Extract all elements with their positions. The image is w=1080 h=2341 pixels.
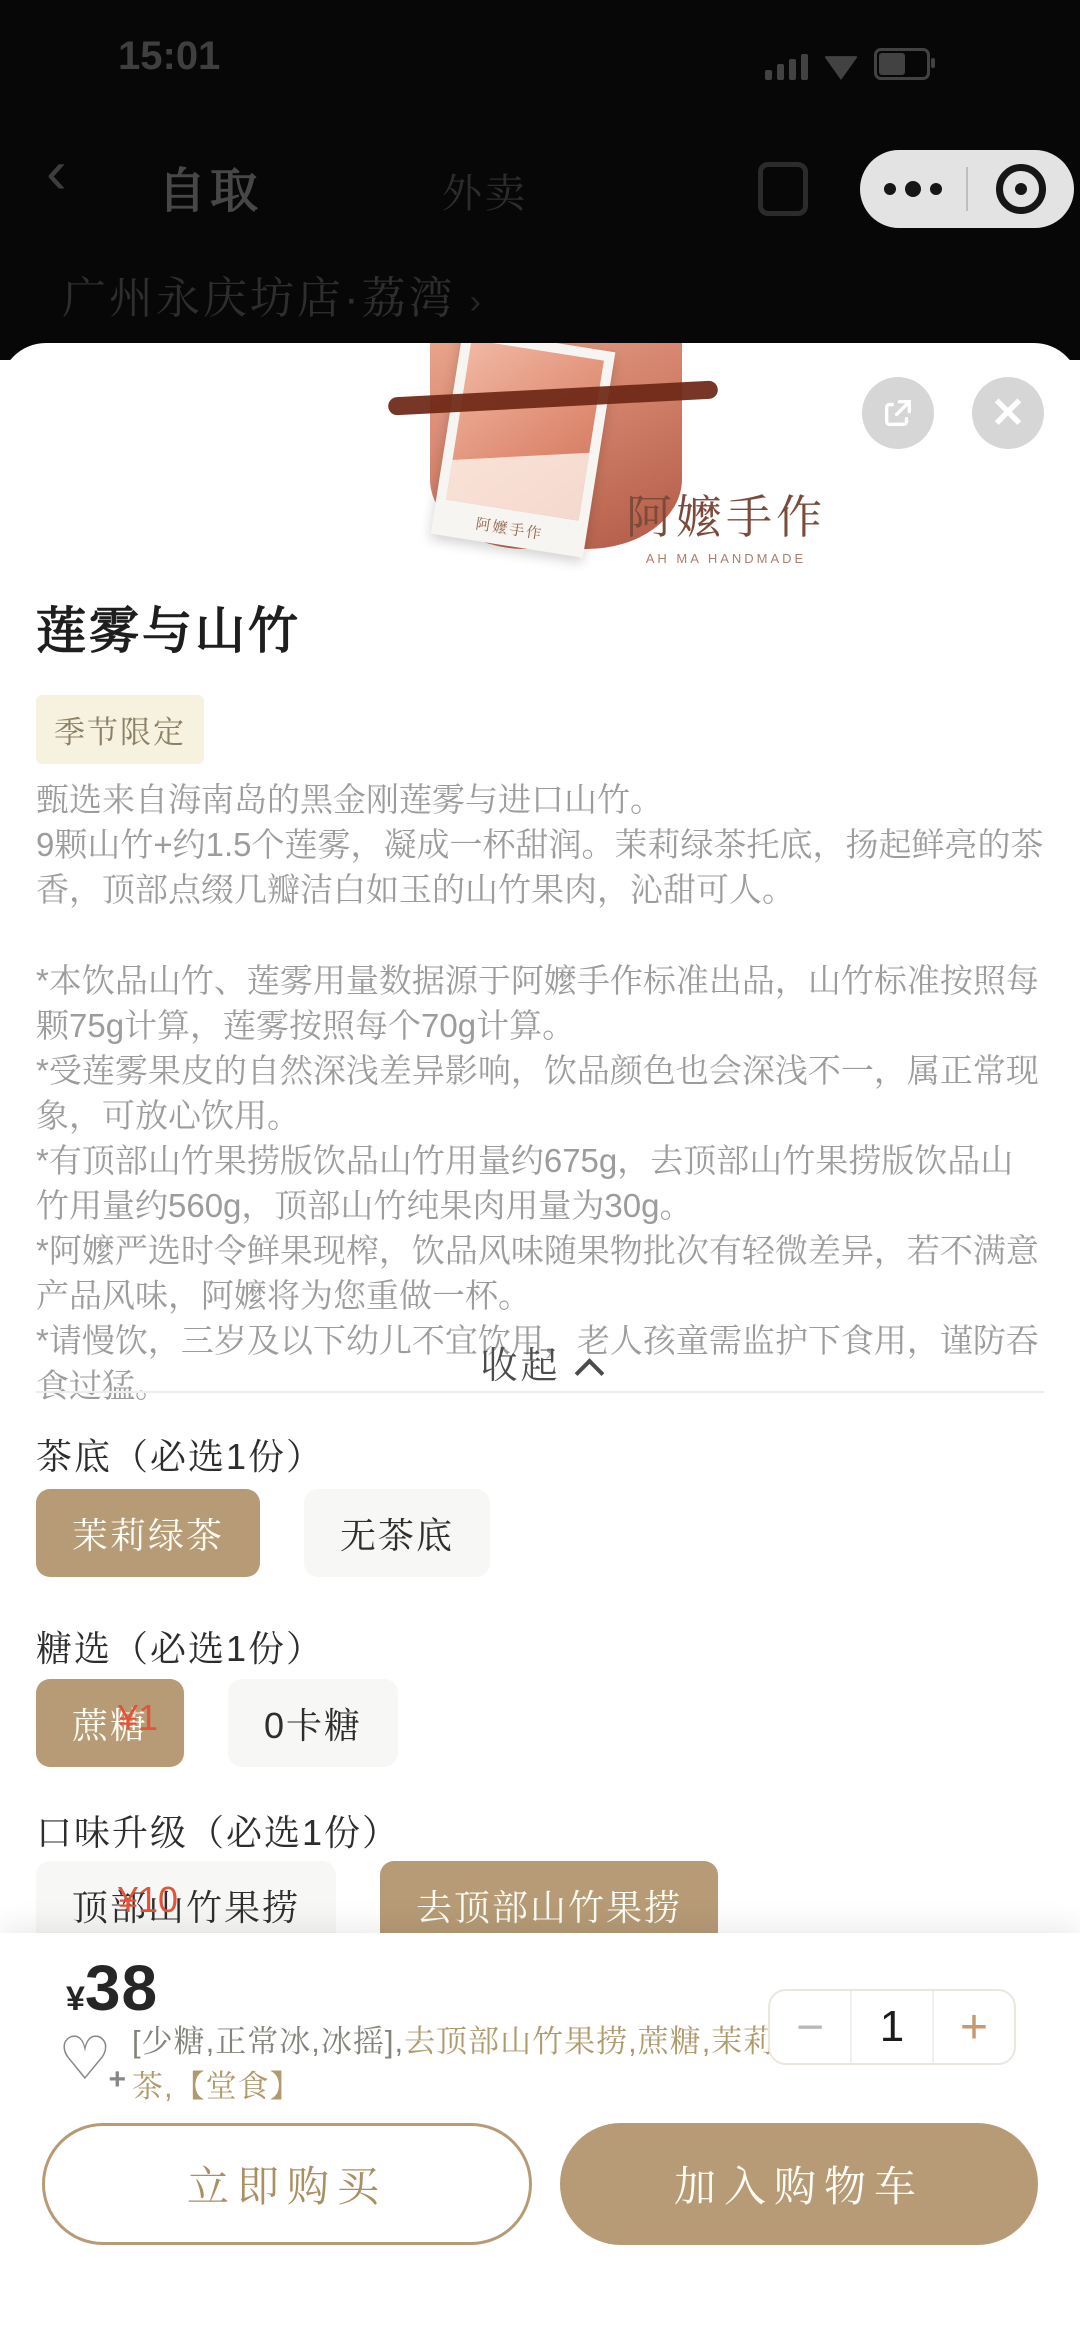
battery-icon [874,48,930,80]
choice-label: 茉莉绿茶 [72,1508,224,1559]
spec-default: [少糖,正常冰,冰摇], [132,2024,404,2059]
option-group-title: 茶底（必选1份） [36,1429,324,1480]
tab-pickup[interactable]: 自取 [158,152,262,221]
option-group-name: 茶底 [36,1436,112,1477]
signal-icon [765,54,808,80]
quantity-stepper: − 1 + [768,1989,1016,2065]
store-name: 广州永庆坊店·荔湾 [62,274,456,323]
choice-price: ¥10 [118,1879,178,1921]
mini-widget-icon [758,162,808,216]
option-group-rule: （必选1份） [188,1812,400,1853]
description-line: 9颗山竹+约1.5个莲雾，凝成一杯甜润。茉莉绿茶托底，扬起鲜亮的茶香，顶部点缀几… [36,822,1046,912]
status-time: 15:01 [118,34,220,79]
brand-subtitle: AH MA HANDMADE [626,551,826,566]
option-group-name: 糖选 [36,1628,112,1669]
chevron-right-icon: › [470,283,484,321]
choice-label: 去顶部山竹果捞 [416,1880,682,1931]
decrease-button[interactable]: − [770,1991,850,2063]
share-button[interactable] [862,377,934,449]
selected-spec: [少糖,正常冰,冰摇],去顶部山竹果捞,蔗糖,茉莉绿茶,【堂食】 [132,2019,832,2109]
ellipsis-icon [884,181,942,197]
choice-chip[interactable]: 0卡糖¥1 [228,1679,398,1767]
close-icon: ✕ [990,392,1025,434]
brand-name: 阿嬤手作 [626,481,826,547]
product-image-card: 阿嬤手作 [431,343,616,558]
add-to-cart-button[interactable]: 加入购物车 [560,2123,1038,2245]
product-image-photo [446,343,604,521]
section-divider [36,1391,1044,1393]
choice-price: ¥1 [118,1697,158,1739]
collapse-toggle[interactable]: 收起 [0,1335,1080,1389]
tab-delivery[interactable]: 外卖 [442,162,528,219]
option-group-title: 口味升级（必选1份） [36,1805,400,1856]
description-line: 甄选来自海南岛的黑金刚莲雾与进口山竹。 [36,777,1046,822]
option-group-choices: 蔗糖 0卡糖¥1 [36,1679,398,1767]
wifi-icon [824,54,858,80]
choice-chip[interactable]: 蔗糖 [36,1679,184,1767]
choice-chip[interactable]: 无茶底 [304,1489,490,1577]
price: ¥38 [66,1951,158,2025]
status-icons [765,48,930,80]
quantity-value: 1 [850,1991,934,2063]
collapse-label: 收起 [481,1345,561,1386]
back-button[interactable]: ‹ [46,142,67,204]
currency-symbol: ¥ [66,1980,85,2018]
product-description: 甄选来自海南岛的黑金刚莲雾与进口山竹。 9颗山竹+约1.5个莲雾，凝成一杯甜润。… [36,777,1046,1408]
seasonal-badge: 季节限定 [36,695,204,764]
choice-label: 0卡糖 [264,1698,362,1749]
app-screen: 15:01 ‹ 自取 外卖 广州永庆坊店·荔湾› 阿嬤手作 阿嬤手作 AH MA… [0,0,1080,2341]
bottom-bar: ¥38 ♡ + [少糖,正常冰,冰摇],去顶部山竹果捞,蔗糖,茉莉绿茶,【堂食】… [0,1933,1080,2341]
description-line: *受莲雾果皮的自然深浅差异影响，饮品颜色也会深浅不一，属正常现象，可放心饮用。 [36,1048,1046,1138]
choice-chip[interactable]: 茉莉绿茶 [36,1489,260,1577]
increase-button[interactable]: + [934,1991,1014,2063]
price-amount: 38 [85,1952,158,2024]
plus-icon: + [108,2063,126,2097]
option-group-rule: （必选1份） [112,1628,324,1669]
choice-label: 无茶底 [340,1508,454,1559]
heart-icon: ♡ [58,2025,112,2092]
exit-button[interactable] [968,150,1074,228]
close-button[interactable]: ✕ [972,377,1044,449]
share-icon [881,396,915,430]
favorite-button[interactable]: ♡ + [58,2029,122,2093]
chevron-up-icon [574,1358,604,1388]
description-line: *阿嬤严选时令鲜果现榨，饮品风味随果物批次有轻微差异，若不满意产品风味，阿嬤将为… [36,1228,1046,1318]
description-line: *本饮品山竹、莲雾用量数据源于阿嬤手作标准出品，山竹标准按照每颗75g计算，莲雾… [36,958,1046,1048]
target-icon [996,164,1046,214]
choice-label: 顶部山竹果捞 [72,1880,300,1931]
miniprogram-capsule [860,150,1074,228]
brand-logo: 阿嬤手作 AH MA HANDMADE [626,481,826,566]
product-title: 莲雾与山竹 [36,591,301,663]
option-group-title: 糖选（必选1份） [36,1621,324,1672]
store-selector[interactable]: 广州永庆坊店·荔湾› [62,262,484,326]
option-group-rule: （必选1份） [112,1436,324,1477]
option-group-choices: 茉莉绿茶 无茶底 [36,1489,490,1577]
buy-now-button[interactable]: 立即购买 [42,2123,532,2245]
description-line: *有顶部山竹果捞版饮品山竹用量约675g，去顶部山竹果捞版饮品山竹用量约560g… [36,1138,1046,1228]
more-button[interactable] [860,150,966,228]
option-group-name: 口味升级 [36,1812,188,1853]
